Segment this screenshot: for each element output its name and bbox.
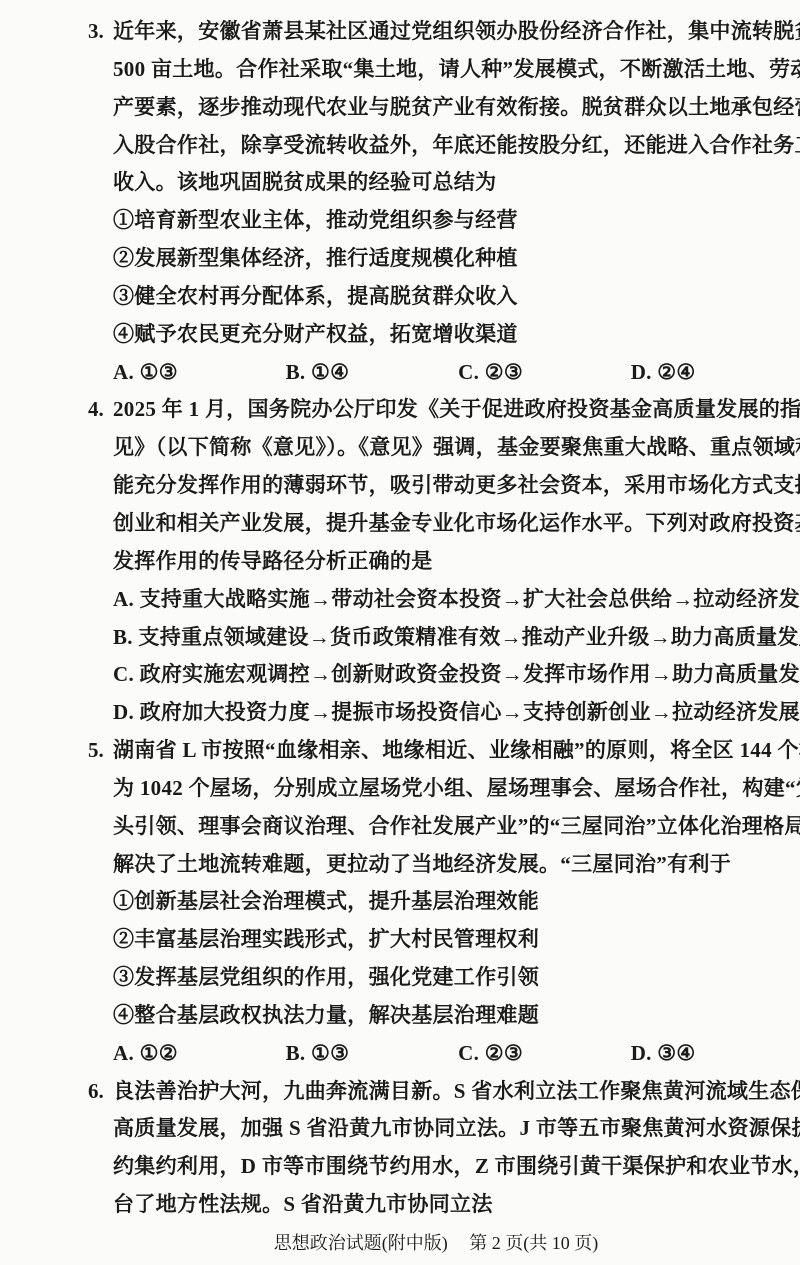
- stem-line: 良法善治护大河，九曲奔流满目新。S 省水利立法工作聚焦黄河流域生态保护和: [113, 1073, 718, 1111]
- option-d: D. ②④: [631, 354, 696, 392]
- option-d: D. 政府加大投资力度→提振市场投资信心→支持创新创业→拉动经济发展: [113, 694, 718, 732]
- statement-item-4: ④赋予农民更充分财产权益，拓宽增收渠道: [113, 316, 718, 354]
- option-b: B. 支持重点领域建设→货币政策精准有效→推动产业升级→助力高质量发展: [113, 619, 718, 657]
- page-footer: 思想政治试题(附中版)第 2 页(共 10 页): [121, 1231, 751, 1255]
- statement-item-4: ④整合基层政权执法力量，解决基层治理难题: [113, 997, 718, 1035]
- stem-line: 近年来，安徽省萧县某社区通过党组织领办股份经济合作社，集中流转脱贫群众: [113, 13, 718, 51]
- stem-line: 500 亩土地。合作社采取“集土地，请人种”发展模式，不断激活土地、劳动力等生: [113, 51, 718, 89]
- question-number: 6.: [88, 1073, 104, 1111]
- option-c: C. ②③: [458, 1035, 625, 1073]
- question-3: 3. 近年来，安徽省萧县某社区通过党组织领办股份经济合作社，集中流转脱贫群众 5…: [88, 13, 718, 391]
- stem-line: 发挥作用的传导路径分析正确的是: [113, 543, 718, 581]
- option-a: A. ①②: [113, 1035, 280, 1073]
- question-number: 4.: [88, 391, 104, 429]
- option-b: B. ①④: [286, 354, 453, 392]
- question-number: 5.: [88, 732, 104, 770]
- stem-line: 湖南省 L 市按照“血缘相亲、地缘相近、业缘相融”的原则，将全区 144 个村划…: [113, 732, 718, 770]
- stem-line: 约集约利用，D 市等市围绕节约用水，Z 市围绕引黄干渠保护和农业节水，分别出: [113, 1148, 718, 1186]
- stem-line: 为 1042 个屋场，分别成立屋场党小组、屋场理事会、屋场合作社，构建“党小组牵: [113, 770, 718, 808]
- statement-item-3: ③健全农村再分配体系，提高脱贫群众收入: [113, 278, 718, 316]
- footer-exam-title: 思想政治试题(附中版): [274, 1233, 448, 1253]
- stem-line: 创业和相关产业发展，提升基金专业化市场化运作水平。下列对政府投资基金: [113, 505, 718, 543]
- option-c: C. ②③: [458, 354, 625, 392]
- stem-line: 头引领、理事会商议治理、合作社发展产业”的“三屋同治”立体化治理格局，不仅: [113, 808, 718, 846]
- footer-page-indicator: 第 2 页(共 10 页): [469, 1233, 598, 1253]
- stem-line: 收入。该地巩固脱贫成果的经验可总结为: [113, 164, 718, 202]
- statement-item-1: ①创新基层社会治理模式，提升基层治理效能: [113, 883, 718, 921]
- statement-item-2: ②丰富基层治理实践形式，扩大村民管理权利: [113, 921, 718, 959]
- stem-line: 台了地方性法规。S 省沿黄九市协同立法: [113, 1186, 718, 1224]
- question-5: 5. 湖南省 L 市按照“血缘相亲、地缘相近、业缘相融”的原则，将全区 144 …: [88, 732, 718, 1073]
- option-a: A. 支持重大战略实施→带动社会资本投资→扩大社会总供给→拉动经济发展: [113, 581, 718, 619]
- statement-item-2: ②发展新型集体经济，推行适度规模化种植: [113, 240, 718, 278]
- question-6: 6. 良法善治护大河，九曲奔流满目新。S 省水利立法工作聚焦黄河流域生态保护和 …: [88, 1073, 718, 1224]
- statement-item-1: ①培育新型农业主体，推动党组织参与经营: [113, 202, 718, 240]
- stem-line: 入股合作社，除享受流转收益外，年底还能按股分红，还能进入合作社务工获得: [113, 127, 718, 165]
- question-number: 3.: [88, 13, 104, 51]
- option-d: D. ③④: [631, 1035, 696, 1073]
- options-row: A. ①③ B. ①④ C. ②③ D. ②④: [113, 354, 718, 392]
- option-b: B. ①③: [286, 1035, 453, 1073]
- stem-line: 产要素，逐步推动现代农业与脱贫产业有效衔接。脱贫群众以土地承包经营权: [113, 89, 718, 127]
- question-4: 4. 2025 年 1 月，国务院办公厅印发《关于促进政府投资基金高质量发展的指…: [88, 391, 718, 732]
- stem-line: 能充分发挥作用的薄弱环节，吸引带动更多社会资本，采用市场化方式支持创新: [113, 467, 718, 505]
- options-row: A. ①② B. ①③ C. ②③ D. ③④: [113, 1035, 718, 1073]
- option-c: C. 政府实施宏观调控→创新财政资金投资→发挥市场作用→助力高质量发展: [113, 656, 718, 694]
- statement-item-3: ③发挥基层党组织的作用，强化党建工作引领: [113, 959, 718, 997]
- stem-line: 2025 年 1 月，国务院办公厅印发《关于促进政府投资基金高质量发展的指导意: [113, 391, 718, 429]
- stem-line: 高质量发展，加强 S 省沿黄九市协同立法。J 市等五市聚焦黄河水资源保护和节: [113, 1110, 718, 1148]
- option-a: A. ①③: [113, 354, 280, 392]
- stem-line: 见》（以下简称《意见》）。《意见》强调，基金要聚焦重大战略、重点领域和市场不: [113, 429, 718, 467]
- stem-line: 解决了土地流转难题，更拉动了当地经济发展。“三屋同治”有利于: [113, 846, 718, 884]
- exam-page: 3. 近年来，安徽省萧县某社区通过党组织领办股份经济合作社，集中流转脱贫群众 5…: [0, 0, 800, 1255]
